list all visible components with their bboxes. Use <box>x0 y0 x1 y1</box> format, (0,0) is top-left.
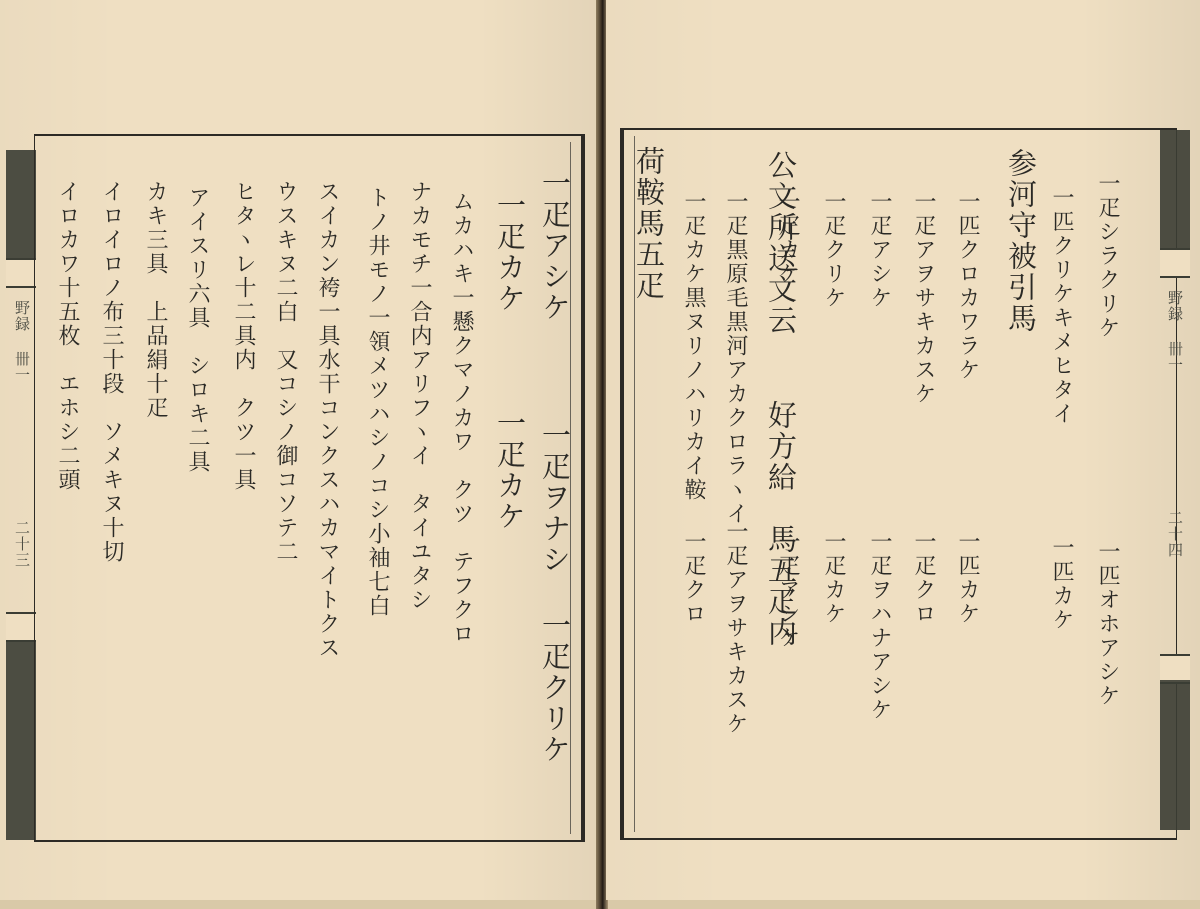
text-column: 一疋黒原毛黒河アカクロラヽイ <box>724 190 746 526</box>
text-column: ヒタヽレ十二具内 クツ一具 <box>232 180 254 492</box>
text-column: 一疋アシケ <box>868 190 890 310</box>
text-column: 一疋クロ <box>912 530 934 626</box>
text-column: 一疋アヲサキカスケ <box>724 520 746 736</box>
text-column: ムカハキ一懸クマノカワ クツ テフクロ <box>450 190 472 646</box>
text-column: 一疋クロ <box>682 530 704 626</box>
text-column: ナカモチ一合内アリフヽイ タイユタシ <box>408 180 430 612</box>
hanshin-block <box>6 150 36 260</box>
margin-title: 野録 卌一 <box>12 300 33 383</box>
text-column: 一疋カケ黒ヌリノハリカイ鞍 <box>682 190 704 502</box>
text-column: 一疋クリケ <box>822 190 844 310</box>
margin-title: 野録 卌一 <box>1165 290 1186 373</box>
text-column: 一疋ヲナシ <box>540 420 569 575</box>
text-column: 公文所送文云 <box>766 150 795 336</box>
text-column: 好方給 馬五疋内 <box>766 400 795 648</box>
text-column: 一疋カケ <box>822 530 844 626</box>
fish-tail-ornament-icon <box>6 612 36 642</box>
text-column: スイカン袴一具水干コンクスハカマイトクス <box>316 180 338 660</box>
text-column: 一疋ヲハナアシケ <box>868 530 890 722</box>
text-column: 一疋クリケ <box>540 610 569 765</box>
hanshin-block <box>6 640 36 840</box>
text-column: 一疋アヲサキカスケ <box>912 190 934 406</box>
text-column: 一疋カケ <box>495 408 524 532</box>
text-column: 一疋シラクリケ <box>1096 172 1118 340</box>
open-book: 野録 卌一 二十三 一疋アシケ 一疋ヲナシ 一疋クリケ 一疋カケ 一疋カケ ムカ… <box>0 0 1200 909</box>
left-page: 野録 卌一 二十三 一疋アシケ 一疋ヲナシ 一疋クリケ 一疋カケ 一疋カケ ムカ… <box>0 0 598 900</box>
hanshin-block <box>1160 680 1190 830</box>
text-column: 一匹オホアシケ <box>1096 540 1118 708</box>
text-column: カキ三具 上品絹十疋 <box>144 180 166 420</box>
page-number: 二十三 <box>12 520 33 568</box>
text-column: 荷鞍馬五疋 <box>634 146 663 301</box>
hanshin-block <box>1160 130 1190 250</box>
text-column: 一匹クロカワラケ <box>956 190 978 382</box>
text-column: 参河守被引馬 <box>1006 148 1035 334</box>
right-page: 野録 卌一 二十四 一疋シラクリケ 一匹オホアシケ 一匹クリケキメヒタイ 一匹カ… <box>606 0 1200 900</box>
text-column: 一匹クリケキメヒタイ <box>1050 186 1072 426</box>
fish-tail-ornament-icon <box>1160 248 1190 278</box>
text-column: ウスキヌ二白 又コシノ御コソテ二 <box>274 180 296 564</box>
text-column: アイスリ六具 シロキ二具 <box>186 186 208 474</box>
text-column: 一匹カケ <box>1050 536 1072 632</box>
text-column: 一疋カケ <box>495 190 524 314</box>
text-column: イロイロノ布三十段 ソメキヌ十切 <box>100 180 122 564</box>
text-column: トノ井モノ一領メツハシノコシ小袖七白 <box>366 186 388 618</box>
page-number: 二十四 <box>1165 510 1186 558</box>
text-column: イロカワ十五枚 エホシ二頭 <box>56 180 78 492</box>
text-column: 一疋アシケ <box>540 168 569 323</box>
fish-tail-ornament-icon <box>6 258 36 288</box>
text-column: 一匹カケ <box>956 530 978 626</box>
